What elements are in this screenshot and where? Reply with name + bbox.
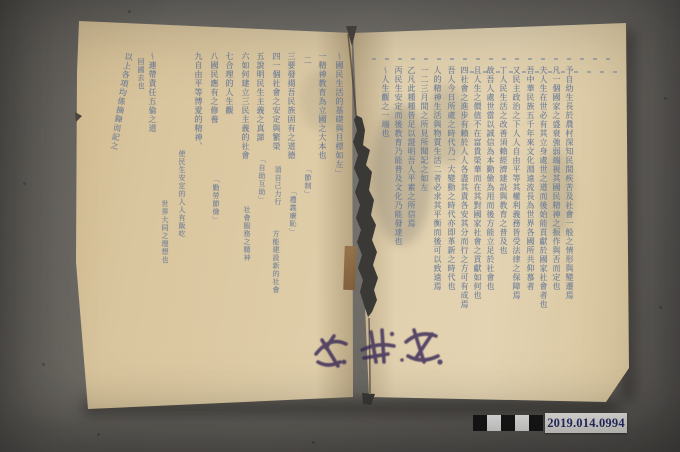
scalebar-square-black [501, 415, 515, 431]
scalebar-square-black [473, 415, 487, 431]
scalebar-square-white [515, 415, 529, 431]
catalog-number: 2019.014.0994 [547, 416, 625, 431]
scalebar-square-white [487, 415, 501, 431]
catalog-number-label: 2019.014.0994 [545, 413, 627, 433]
scalebar-square-black [529, 415, 543, 431]
color-scale-bar [0, 0, 680, 452]
archival-photo: 予自幼生長於農村深知民間疾苦及社會一般之情形與變遷焉凡一個國家之盛衰強弱端視其國… [0, 0, 680, 452]
